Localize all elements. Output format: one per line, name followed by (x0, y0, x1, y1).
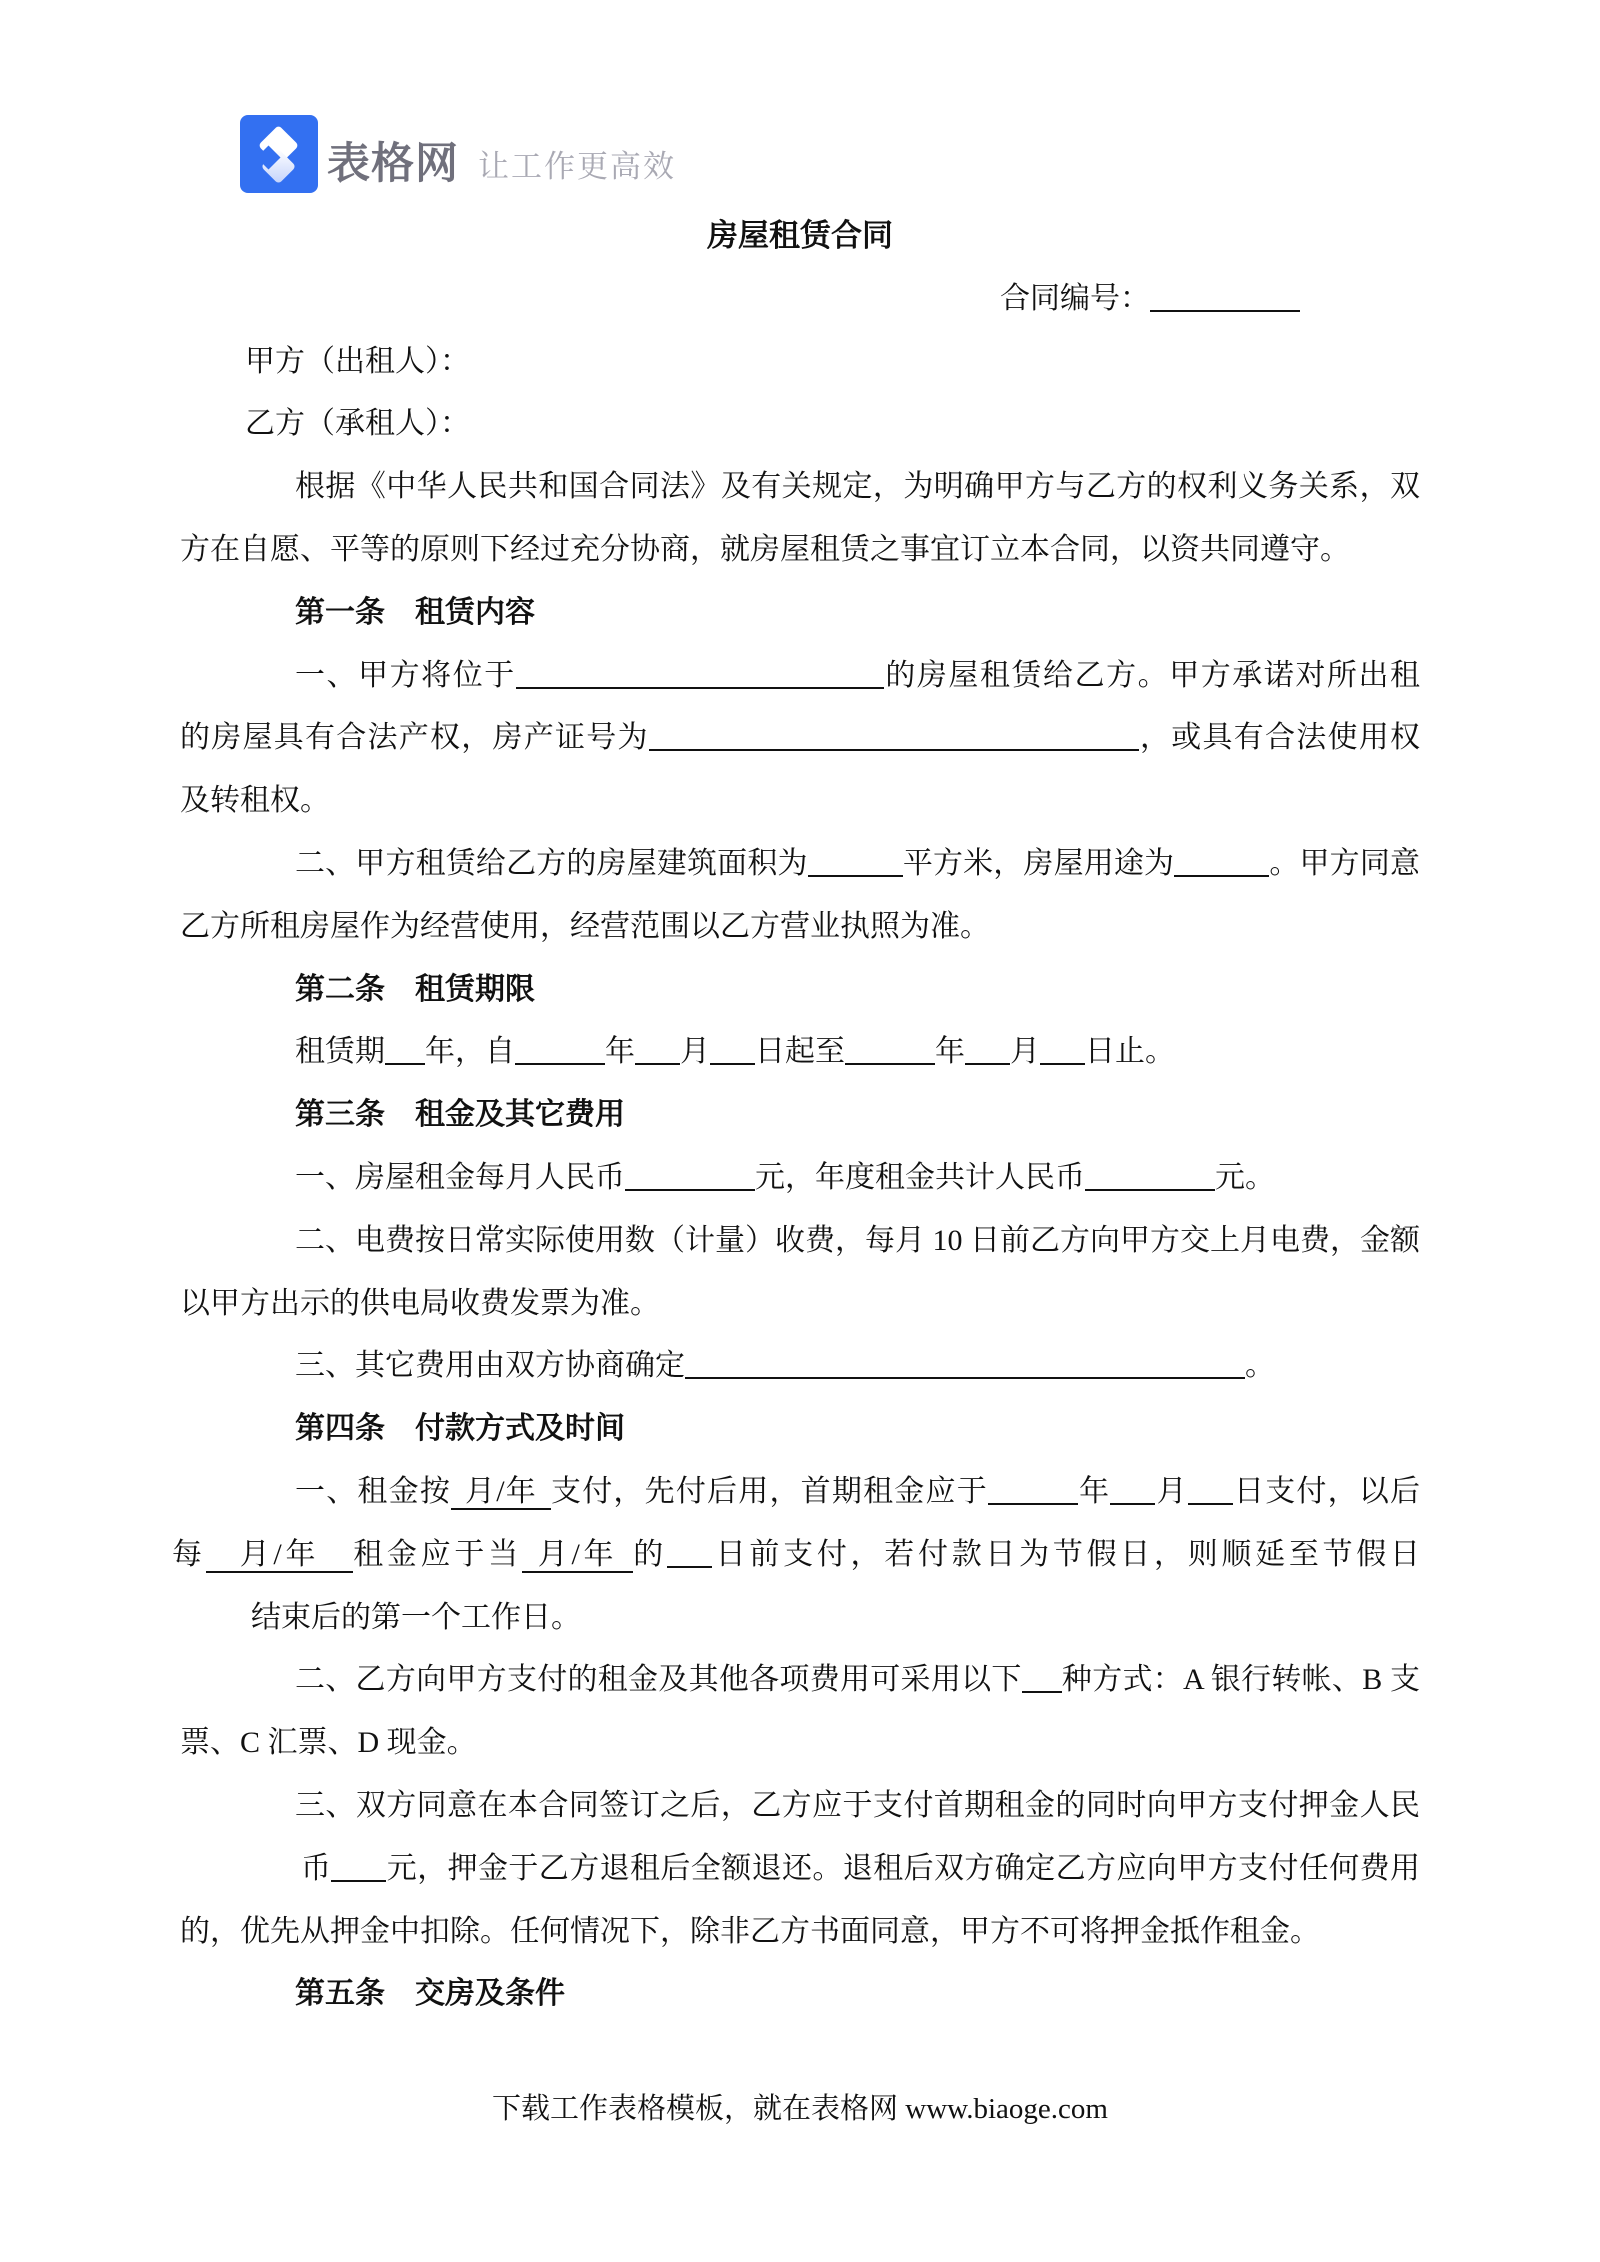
text-segment: 的房屋具有合法产权，房产证号为 (180, 721, 649, 754)
text-segment: 的，优先从押金中扣除。任何情况下，除非乙方书面同意，甲方不可将押金抵作租金。 (180, 1915, 1320, 1948)
text-segment: 第一条 租赁内容 (295, 596, 535, 629)
text-segment: 三、双方同意在本合同签订之后，乙方应于支付首期租金的同时向甲方支付押金人民 (295, 1789, 1420, 1822)
clause-line: 二、乙方向甲方支付的租金及其他各项费用可采用以下种方式：A 银行转帐、B 支 (180, 1649, 1420, 1712)
blank-field (845, 1053, 935, 1065)
blank-field (965, 1053, 1010, 1065)
blank-field (1150, 300, 1300, 312)
text-segment: 三、其它费用由双方协商确定 (295, 1349, 685, 1382)
clause-line: 票、C 汇票、D 现金。 (180, 1712, 1420, 1775)
clause-line: 的，优先从押金中扣除。任何情况下，除非乙方书面同意，甲方不可将押金抵作租金。 (180, 1901, 1420, 1964)
text-segment: 平方米，房屋用途为 (903, 847, 1175, 880)
text-segment: 租赁期 (295, 1035, 385, 1068)
text-segment: 第四条 付款方式及时间 (295, 1412, 625, 1445)
text-segment: 月 (1010, 1035, 1040, 1068)
biaoge-logo-icon (240, 115, 318, 193)
text-segment: 年 (935, 1035, 965, 1068)
text-segment: 日止。 (1085, 1035, 1175, 1068)
clause-line: 三、其它费用由双方协商确定。 (180, 1335, 1420, 1398)
clause-line: 三、双方同意在本合同签订之后，乙方应于支付首期租金的同时向甲方支付押金人民 (180, 1775, 1420, 1838)
blank-field (1110, 1493, 1155, 1505)
page-footer: 下载工作表格模板，就在表格网 www.biaoge.com (0, 2086, 1600, 2127)
clause-line: 二、电费按日常实际使用数（计量）收费，每月 10 日前乙方向甲方交上月电费，金额 (180, 1210, 1420, 1273)
text-segment: 年 (605, 1035, 635, 1068)
text-segment: 乙方（承租人）： (245, 407, 470, 440)
text-segment: 元，年度租金共计人民币 (755, 1161, 1085, 1194)
biaoge-diamond-icon (240, 115, 318, 193)
clause-line: 以甲方出示的供电局收费发票为准。 (180, 1273, 1420, 1336)
text-segment: 租金应于当 (353, 1538, 522, 1571)
text-segment: 元。 (1215, 1161, 1275, 1194)
blank-field (808, 865, 903, 877)
text-segment: 日前支付，若付款日为节假日，则顺延至节假日 (712, 1538, 1420, 1571)
clause-line: 二、甲方租赁给乙方的房屋建筑面积为平方米，房屋用途为。甲方同意 (180, 833, 1420, 896)
text-segment: 。甲方同意 (1269, 847, 1420, 880)
text-segment: 房屋租赁合同 (707, 218, 893, 253)
clause-line: 的房屋具有合法产权，房产证号为，或具有合法使用权 (180, 707, 1420, 770)
text-segment: 第三条 租金及其它费用 (295, 1098, 625, 1131)
text-segment: 月 (1155, 1475, 1187, 1508)
text-segment: 二、甲方租赁给乙方的房屋建筑面积为 (295, 847, 808, 880)
text-segment: 结束后的第一个工作日。 (251, 1601, 581, 1634)
clause-line: 及转租权。 (180, 770, 1420, 833)
clause-line: 结束后的第一个工作日。 (180, 1587, 1420, 1650)
text-segment: 支付，先付后用，首期租金应于 (551, 1475, 988, 1508)
text-segment: 每 (172, 1538, 206, 1571)
clause-line: 一、甲方将位于的房屋租赁给乙方。甲方承诺对所出租 (180, 645, 1420, 708)
blank-field (625, 1179, 755, 1191)
section-1-heading: 第一条 租赁内容 (180, 582, 1420, 645)
text-segment: 日起至 (755, 1035, 845, 1068)
section-2-heading: 第二条 租赁期限 (180, 959, 1420, 1022)
section-5-heading: 第五条 交房及条件 (180, 1963, 1420, 2026)
contract-number-line: 合同编号： (180, 268, 1420, 331)
text-segment: 第五条 交房及条件 (295, 1977, 565, 2010)
text-segment: 年，自 (425, 1035, 515, 1068)
underlined-field: 月/年 (522, 1538, 633, 1573)
preamble-line: 方在自愿、平等的原则下经过充分协商，就房屋租赁之事宜订立本合同，以资共同遵守。 (180, 519, 1420, 582)
clause-line: 乙方所租房屋作为经营使用，经营范围以乙方营业执照为准。 (180, 896, 1420, 959)
text-segment: 种方式：A 银行转帐、B 支 (1062, 1663, 1420, 1696)
section-4-heading: 第四条 付款方式及时间 (180, 1398, 1420, 1461)
document-body: 房屋租赁合同合同编号：甲方（出租人）：乙方（承租人）：根据《中华人民共和国合同法… (180, 205, 1420, 2026)
text-segment: 及转租权。 (180, 784, 330, 817)
text-segment: 。 (1245, 1349, 1275, 1382)
text-segment: 以甲方出示的供电局收费发票为准。 (180, 1287, 660, 1320)
blank-field (1022, 1681, 1062, 1693)
blank-field (685, 1367, 1245, 1379)
brand-tagline: 让工作更高效 (478, 141, 676, 186)
text-segment: 二、电费按日常实际使用数（计量）收费，每月 10 日前乙方向甲方交上月电费，金额 (295, 1224, 1420, 1257)
text-segment: 币 (301, 1852, 331, 1885)
text-segment: 甲方（出租人）： (245, 345, 470, 378)
text-segment: 合同编号： (1000, 282, 1150, 315)
logo-wordmark: 表格网 (327, 130, 459, 191)
clause-line: 租赁期年，自年月日起至年月日止。 (180, 1021, 1420, 1084)
doc-title: 房屋租赁合同 (180, 205, 1420, 268)
text-segment: 的 (633, 1538, 667, 1571)
text-segment: 的房屋租赁给乙方。甲方承诺对所出租 (884, 659, 1420, 692)
section-3-heading: 第三条 租金及其它费用 (180, 1084, 1420, 1147)
text-segment: 票、C 汇票、D 现金。 (180, 1726, 477, 1759)
blank-field (649, 739, 1139, 751)
text-segment: ，或具有合法使用权 (1139, 721, 1420, 754)
text-segment: 二、乙方向甲方支付的租金及其他各项费用可采用以下 (295, 1663, 1022, 1696)
blank-field (385, 1053, 425, 1065)
clause-line: 每月/年租金应于当月/年的日前支付，若付款日为节假日，则顺延至节假日 (172, 1524, 1420, 1587)
party-b-line: 乙方（承租人）： (180, 393, 1420, 456)
text-segment: 根据《中华人民共和国合同法》及有关规定，为明确甲方与乙方的权利义务关系，双 (295, 470, 1420, 503)
preamble-line: 根据《中华人民共和国合同法》及有关规定，为明确甲方与乙方的权利义务关系，双 (180, 456, 1420, 519)
blank-field (988, 1493, 1078, 1505)
blank-field (331, 1870, 386, 1882)
blank-field (667, 1556, 712, 1568)
underlined-field: 月/年 (206, 1538, 353, 1573)
text-segment: 月 (680, 1035, 710, 1068)
text-segment: 一、租金按 (295, 1475, 451, 1508)
clause-line: 一、租金按月/年支付，先付后用，首期租金应于年月日支付，以后 (180, 1461, 1420, 1524)
blank-field (1085, 1179, 1215, 1191)
text-segment: 方在自愿、平等的原则下经过充分协商，就房屋租赁之事宜订立本合同，以资共同遵守。 (180, 533, 1350, 566)
text-segment: 乙方所租房屋作为经营使用，经营范围以乙方营业执照为准。 (180, 910, 990, 943)
party-a-line: 甲方（出租人）： (180, 331, 1420, 394)
underlined-field: 月/年 (451, 1475, 551, 1510)
text-segment: 第二条 租赁期限 (295, 973, 535, 1006)
blank-field (515, 1053, 605, 1065)
blank-field (1040, 1053, 1085, 1065)
text-segment: 年 (1078, 1475, 1110, 1508)
blank-field (635, 1053, 680, 1065)
blank-field (1174, 865, 1269, 877)
clause-line: 一、房屋租金每月人民币元，年度租金共计人民币元。 (180, 1147, 1420, 1210)
text-segment: 一、甲方将位于 (295, 659, 516, 692)
blank-field (516, 677, 884, 689)
blank-field (1188, 1493, 1233, 1505)
text-segment: 一、房屋租金每月人民币 (295, 1161, 625, 1194)
brand-header: 表格网 让工作更高效 (0, 0, 1600, 210)
blank-field (710, 1053, 755, 1065)
text-segment: 日支付，以后 (1233, 1475, 1420, 1508)
text-segment: 元，押金于乙方退租后全额退还。退租后双方确定乙方应向甲方支付任何费用 (386, 1852, 1420, 1885)
clause-line: 币元，押金于乙方退租后全额退还。退租后双方确定乙方应向甲方支付任何费用 (180, 1838, 1420, 1901)
